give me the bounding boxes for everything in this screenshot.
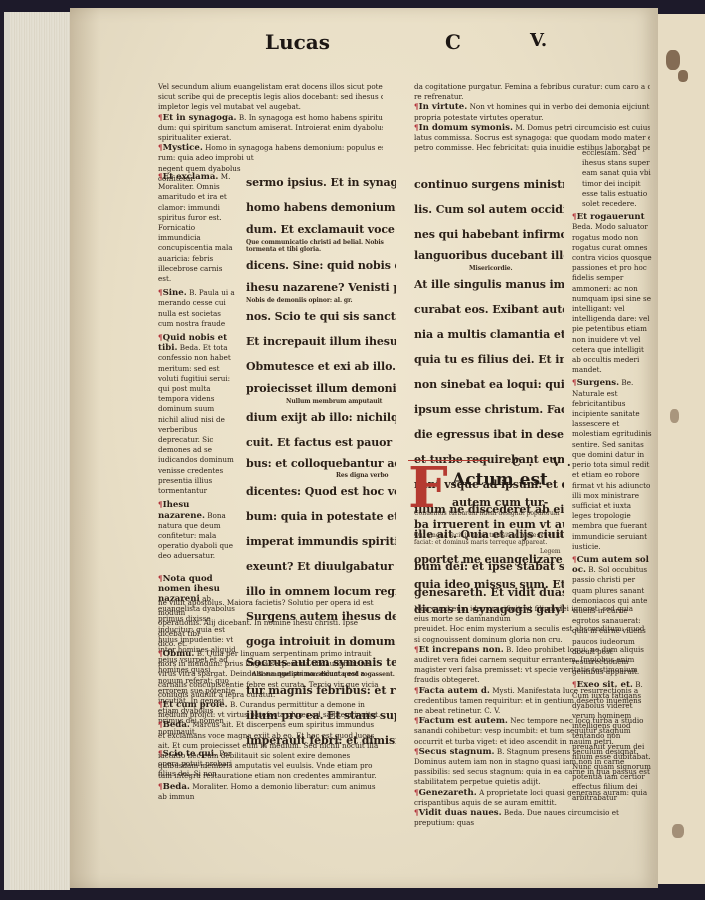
gloss-line: Non quod eum ideo crucifigit: vt filium … xyxy=(414,604,650,624)
interlinear-gloss: Que communicatio christi ad belial. Nobi… xyxy=(246,239,396,253)
gloss-text: Be. Naturale est febricitantibus incipie… xyxy=(572,378,652,550)
text-line: quia tu es filius dei. Et increpans xyxy=(414,347,564,372)
stain xyxy=(672,824,684,838)
facing-leaf-edge xyxy=(658,14,705,884)
text-line: bum: quia in potestate et virtute xyxy=(246,504,396,529)
bottom-gloss-left: ne viuit apostolus. Maiora facietis? Sol… xyxy=(158,598,383,802)
text-line: genesareth. Et vidit duas naues xyxy=(414,580,564,606)
chapter-first-line: autem cum tur- xyxy=(452,496,582,510)
gloss-lemma: Factum est autem. xyxy=(419,716,508,726)
gloss-text: M. Domus petri circumcisio est cuius apo… xyxy=(515,123,650,132)
interlinear-gloss: Misericordie. xyxy=(414,265,564,272)
gloss-lemma: Secus stagnum. xyxy=(419,747,495,757)
gloss-line: dum: qui spiritum sanctum amiserat. Intr… xyxy=(158,123,383,133)
stain xyxy=(678,70,688,82)
stain xyxy=(670,409,679,423)
page-gutter-shadow xyxy=(70,8,100,888)
gloss-text: ecclesiam. Sed ihesus stans super eam sa… xyxy=(572,148,652,209)
gloss-text: Non vt homines qui in verbo dei demonia … xyxy=(470,102,650,111)
interlinear-gloss: Res digna verbo xyxy=(246,472,396,479)
gloss-lemma: Beda. xyxy=(163,720,190,730)
text-line: ipsum esse christum. Facta autem xyxy=(414,397,564,422)
top-gloss-left: Vel secundum alium euangelistam erat doc… xyxy=(158,82,383,184)
bottom-gloss-right: Non quod eum ideo crucifigit: vt filium … xyxy=(414,604,650,828)
text-line: cuit. Et factus est pauor in omni xyxy=(246,430,396,455)
gloss-lemma: Surgens. xyxy=(577,378,620,388)
gloss-line: ne viuit apostolus. Maiora facietis? Sol… xyxy=(158,598,383,618)
gloss-line: rum: quia adeo improbi ut xyxy=(158,153,383,163)
text-line: dum. Et exclamauit voce magna xyxy=(246,220,396,239)
gloss-line: re refrenatur. xyxy=(414,92,650,102)
text-line: autem cum tur- xyxy=(452,496,582,510)
chapter-incipit: Actum est xyxy=(452,470,548,490)
gloss-line: dico. et. xyxy=(158,639,383,649)
gloss-lemma: Vidit duas naues. xyxy=(419,808,502,818)
gloss-lemma: Et rogauerunt xyxy=(577,212,645,222)
text-line: At ille singulis manus imponens xyxy=(414,272,564,297)
gloss-line: da cogitatione purgatur. Femina a febrib… xyxy=(414,82,650,92)
text-line: languoribus ducebant illos ad eum xyxy=(414,247,564,265)
text-line: ba irruerent in eum vt audirent ver xyxy=(414,518,564,532)
gloss-line: propria potestate virtutes operatur. xyxy=(414,113,650,123)
text-line: bus: et colloquebantur ad inuicem xyxy=(246,455,396,472)
gloss-text: Homo in synagoga habens demonium: populu… xyxy=(205,143,383,152)
gloss-line: sicut scribe qui de preceptis legis alio… xyxy=(158,92,383,102)
gloss-lemma: Ihesu nazarene. xyxy=(158,500,205,520)
chapter-heading: C. V. xyxy=(512,456,579,469)
text-line: Obmutesce et exi ab illo. Et cum xyxy=(246,354,396,379)
text-line: sermo ipsius. Et in synagoga erat xyxy=(246,170,396,195)
chapter-text-block: bum dei: et ipse stabat secus stagnum ge… xyxy=(414,554,564,606)
book-fore-edge xyxy=(4,12,70,890)
gloss-lemma: Et increpans non. xyxy=(419,645,504,655)
text-line: homo habens demonium immun- xyxy=(246,195,396,220)
text-line: ihesu nazarene? Venisti perdere xyxy=(246,278,396,297)
top-gloss-right: da cogitatione purgatur. Femina a febrib… xyxy=(414,82,650,153)
interlinear-gloss: Nobis de demoniis opinor: al. gr. xyxy=(246,297,396,304)
text-line: dicentes: Quod est hoc ver- xyxy=(246,479,396,504)
text-line: nos. Scio te qui sis sanctus dei xyxy=(246,304,396,329)
gloss-lemma: Et cum proie. xyxy=(163,700,228,710)
stain xyxy=(666,50,680,70)
text-line: imperat immundis spiritibus et xyxy=(246,529,396,554)
text-line: exeunt? Et diuulgabatur fama de xyxy=(246,554,396,579)
gloss-line: latus commissa. Socrus est synagoga: que… xyxy=(414,133,650,143)
gloss-lemma: Beda. xyxy=(163,782,190,792)
gloss-text: B. In synagoga est homo habens spiritum … xyxy=(239,113,383,122)
gloss-lemma: In domum symonis. xyxy=(419,123,513,133)
gloss-line: Vel secundum alium euangelistam erat doc… xyxy=(158,82,383,92)
text-line: lis. Cum sol autem occidisset om xyxy=(414,197,564,222)
gloss-line: spiritualiter exierat. xyxy=(158,133,383,143)
gloss-lemma: Mystice. xyxy=(163,143,203,153)
running-head-title: Lucas xyxy=(265,30,330,54)
gloss-lemma: Obmu. xyxy=(163,649,195,659)
text-line: nes qui habebant infirmos varijs xyxy=(414,222,564,247)
interlinear-gloss: Nullum membrum amputauit xyxy=(246,398,396,405)
gloss-text: Moraliter. Homo a demonio liberatur: cum… xyxy=(158,782,376,801)
interlinear-gloss: Qui magna fecit in terra transit ad mare… xyxy=(414,532,564,546)
text-line: non sinebat ea loqui: quia sciebant xyxy=(414,372,564,397)
gloss-text: M. Moraliter. Omnis amaritudo et ira et … xyxy=(158,172,233,283)
running-head-chapter-prefix: C xyxy=(445,30,461,54)
text-line: proiecisset illum demonium in me xyxy=(246,379,396,398)
gloss-line: impletor legis vel mutabat vel augebat. xyxy=(158,102,383,112)
text-line: bum dei: et ipse stabat secus stagnum xyxy=(414,554,564,580)
text-line: dium exijt ab illo: nichilque eum no xyxy=(246,405,396,430)
interlinear-gloss: Conuentus turbarum fidem designat populo… xyxy=(414,510,564,517)
chapter-text-line: ba irruerent in eum vt audirent ver xyxy=(414,518,564,532)
text-line: Et increpauit illum ihesus dicens: xyxy=(246,329,396,354)
gloss-line: preuidet. Hoc enim mysterium a seculis e… xyxy=(414,624,650,644)
gloss-lemma: Et in synagoga. xyxy=(163,113,237,123)
gloss-text: Beda. Et tota confessio non habet meritu… xyxy=(158,343,234,495)
gloss-lemma: Genezareth. xyxy=(419,788,477,798)
gloss-lemma: In virtute. xyxy=(419,102,468,112)
gloss-text: Marcus ait. Et discerpens eum spiritus i… xyxy=(158,720,378,780)
gloss-text: Beda. Modo saluator rogatus modo non rog… xyxy=(572,222,652,374)
text-line: curabat eos. Exibant autem demo xyxy=(414,297,564,322)
gloss-line: operationis. Alij dicebant. In nomine ih… xyxy=(158,618,383,638)
running-head-chapter-number: V. xyxy=(530,30,547,51)
gloss-lemma: Sine. xyxy=(163,288,187,298)
text-line: continuo surgens ministrabat il xyxy=(414,172,564,197)
gloss-lemma: Et exclama. xyxy=(163,172,219,182)
text-line: nia a multis clamantia et dicentia: xyxy=(414,322,564,347)
gloss-lemma: Facta autem d. xyxy=(419,686,490,696)
text-line: dicens. Sine: quid nobis et tibi xyxy=(246,253,396,278)
text-line: die egressus ibat in desertum locum xyxy=(414,422,564,447)
